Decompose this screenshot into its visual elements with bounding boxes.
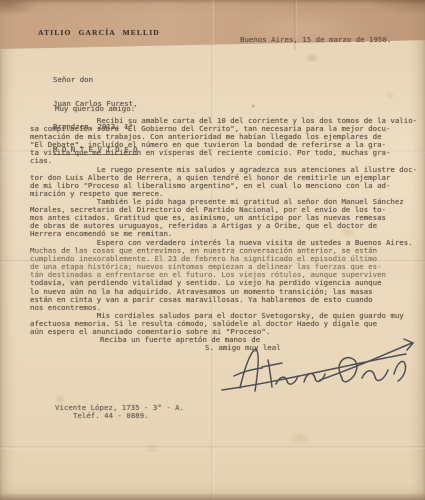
handwritten-signature: Atilio García Mellid <box>210 336 425 398</box>
dateline: Buenos Aires, 15 de marzo de 1958. <box>240 36 391 44</box>
recipient-salutation: Señor don <box>53 76 138 84</box>
scanned-letter: ATILIO GARCÍA MELLID Buenos Aires, 15 de… <box>0 0 425 500</box>
greeting: Muy querido amigo: <box>55 105 135 113</box>
paragraph-1: Recibí su amable carta del 10 del corrie… <box>30 117 417 166</box>
paragraph-3: También le pido haga presente mi gratitu… <box>30 198 404 238</box>
paragraph-2: Le ruego presente mis saludos y agradezc… <box>30 166 417 198</box>
paper-bottom-edge <box>0 494 425 500</box>
footer-phone: Teléf. 44 - 0889. <box>73 412 149 420</box>
letterhead-name: ATILIO GARCÍA MELLID <box>38 28 160 37</box>
paragraph-4: Espero con verdadero interés la nueva vi… <box>30 239 413 312</box>
paragraph-5: Mis cordiales saludos para el doctor Sve… <box>30 312 404 336</box>
